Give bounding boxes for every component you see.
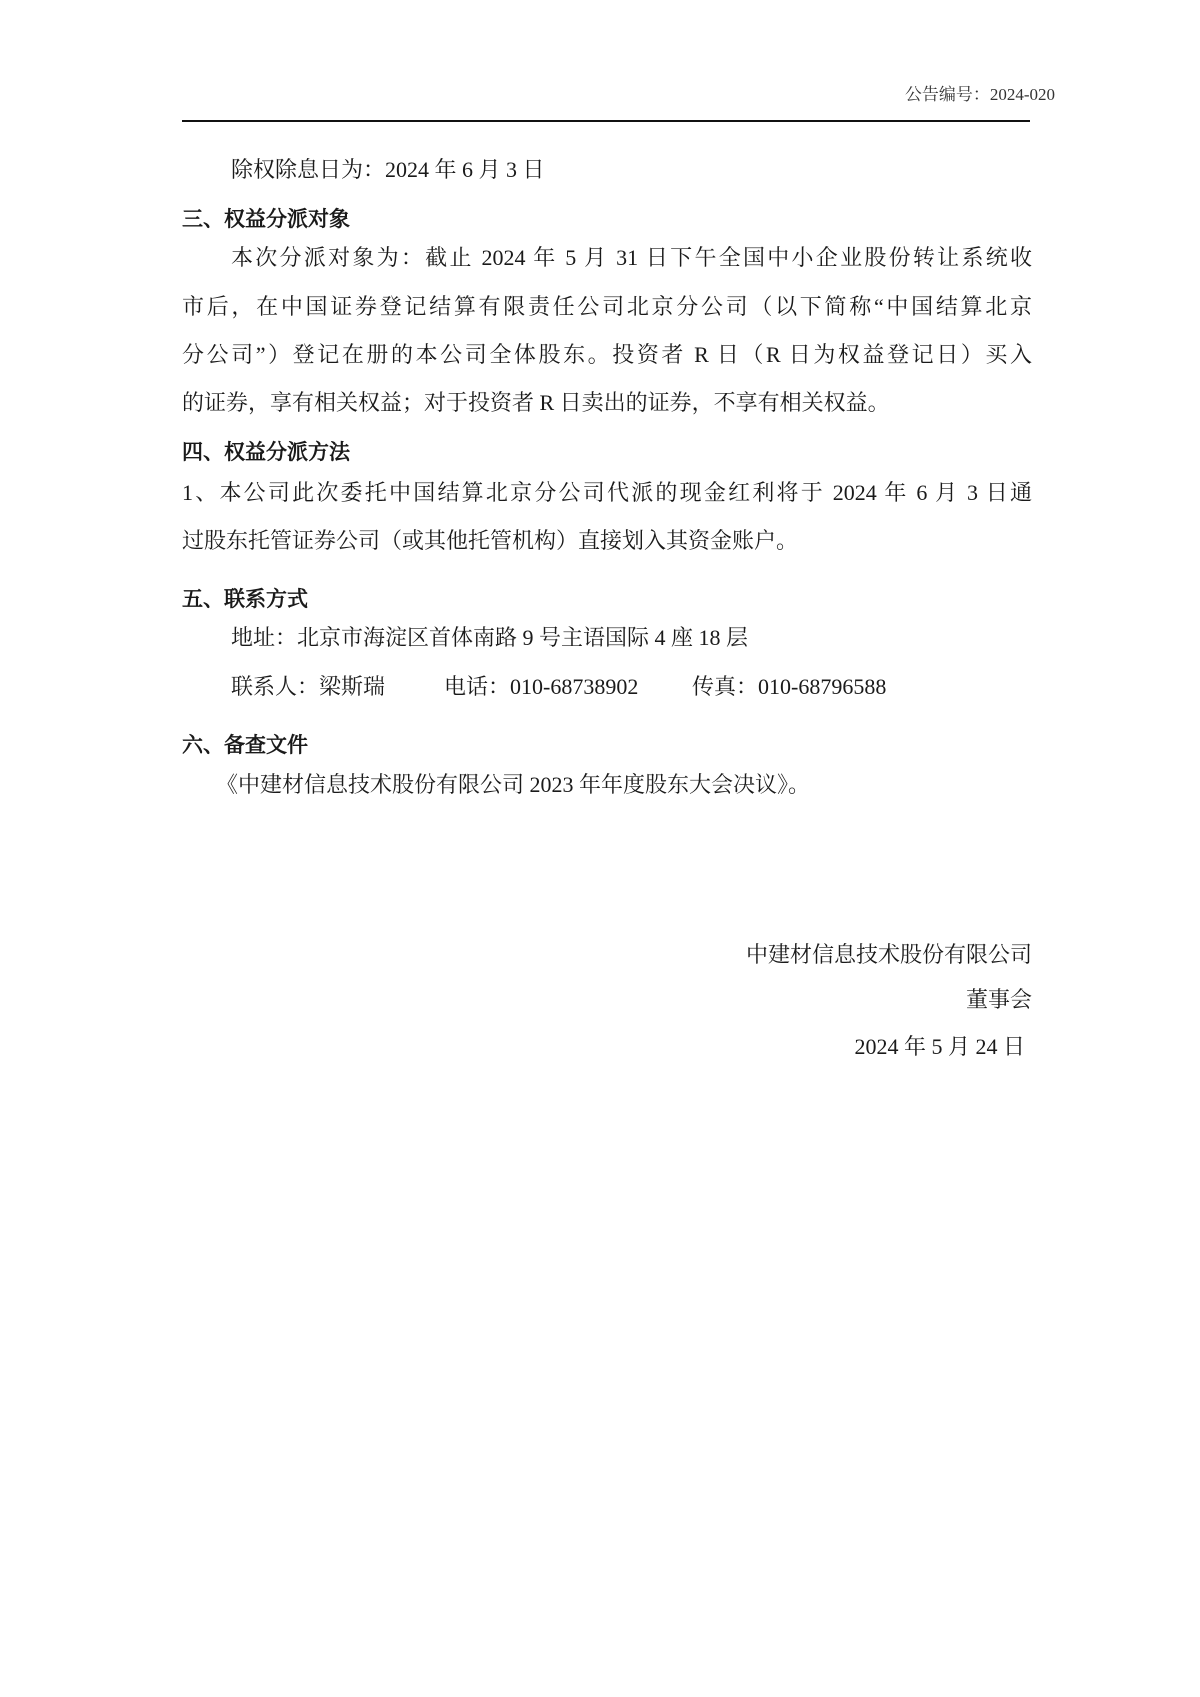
signature-board: 董事会 bbox=[966, 985, 1032, 1015]
signature-date: 2024 年 5 月 24 日 bbox=[854, 1032, 1025, 1062]
reference-document: 《中建材信息技术股份有限公司 2023 年年度股东大会决议》。 bbox=[216, 770, 1066, 800]
section-4-heading: 四、权益分派方法 bbox=[182, 437, 1032, 467]
contact-address: 地址：北京市海淀区首体南路 9 号主语国际 4 座 18 层 bbox=[231, 623, 1081, 653]
section-3-line-1: 本次分派对象为：截止 2024 年 5 月 31 日下午全国中小企业股份转让系统… bbox=[231, 243, 1032, 273]
signature-company: 中建材信息技术股份有限公司 bbox=[746, 940, 1032, 970]
section-3-line-2: 市后，在中国证券登记结算有限责任公司北京分公司（以下简称“中国结算北京 bbox=[182, 292, 1032, 322]
contact-person: 联系人：梁斯瑞 bbox=[231, 672, 444, 702]
section-4-line-2: 过股东托管证券公司（或其他托管机构）直接划入其资金账户。 bbox=[182, 526, 1032, 556]
section-6-heading: 六、备查文件 bbox=[182, 730, 1032, 760]
header-divider bbox=[182, 120, 1030, 122]
section-5-heading: 五、联系方式 bbox=[182, 584, 1032, 614]
section-3-heading: 三、权益分派对象 bbox=[182, 204, 1032, 234]
notice-number: 公告编号：2024-020 bbox=[905, 80, 1055, 105]
contact-phone: 电话：010-68738902 bbox=[444, 672, 692, 702]
ex-date-line: 除权除息日为：2024 年 6 月 3 日 bbox=[231, 155, 1081, 185]
section-4-line-1: 1、本公司此次委托中国结算北京分公司代派的现金红利将于 2024 年 6 月 3… bbox=[182, 478, 1032, 508]
section-3-line-3: 分公司”）登记在册的本公司全体股东。投资者 R 日（R 日为权益登记日）买入 bbox=[182, 340, 1032, 370]
contact-fax: 传真：010-68796588 bbox=[692, 672, 886, 702]
contact-row: 联系人：梁斯瑞电话：010-68738902传真：010-68796588 bbox=[231, 672, 1081, 702]
section-3-line-4: 的证券，享有相关权益；对于投资者 R 日卖出的证券，不享有相关权益。 bbox=[182, 388, 1032, 418]
